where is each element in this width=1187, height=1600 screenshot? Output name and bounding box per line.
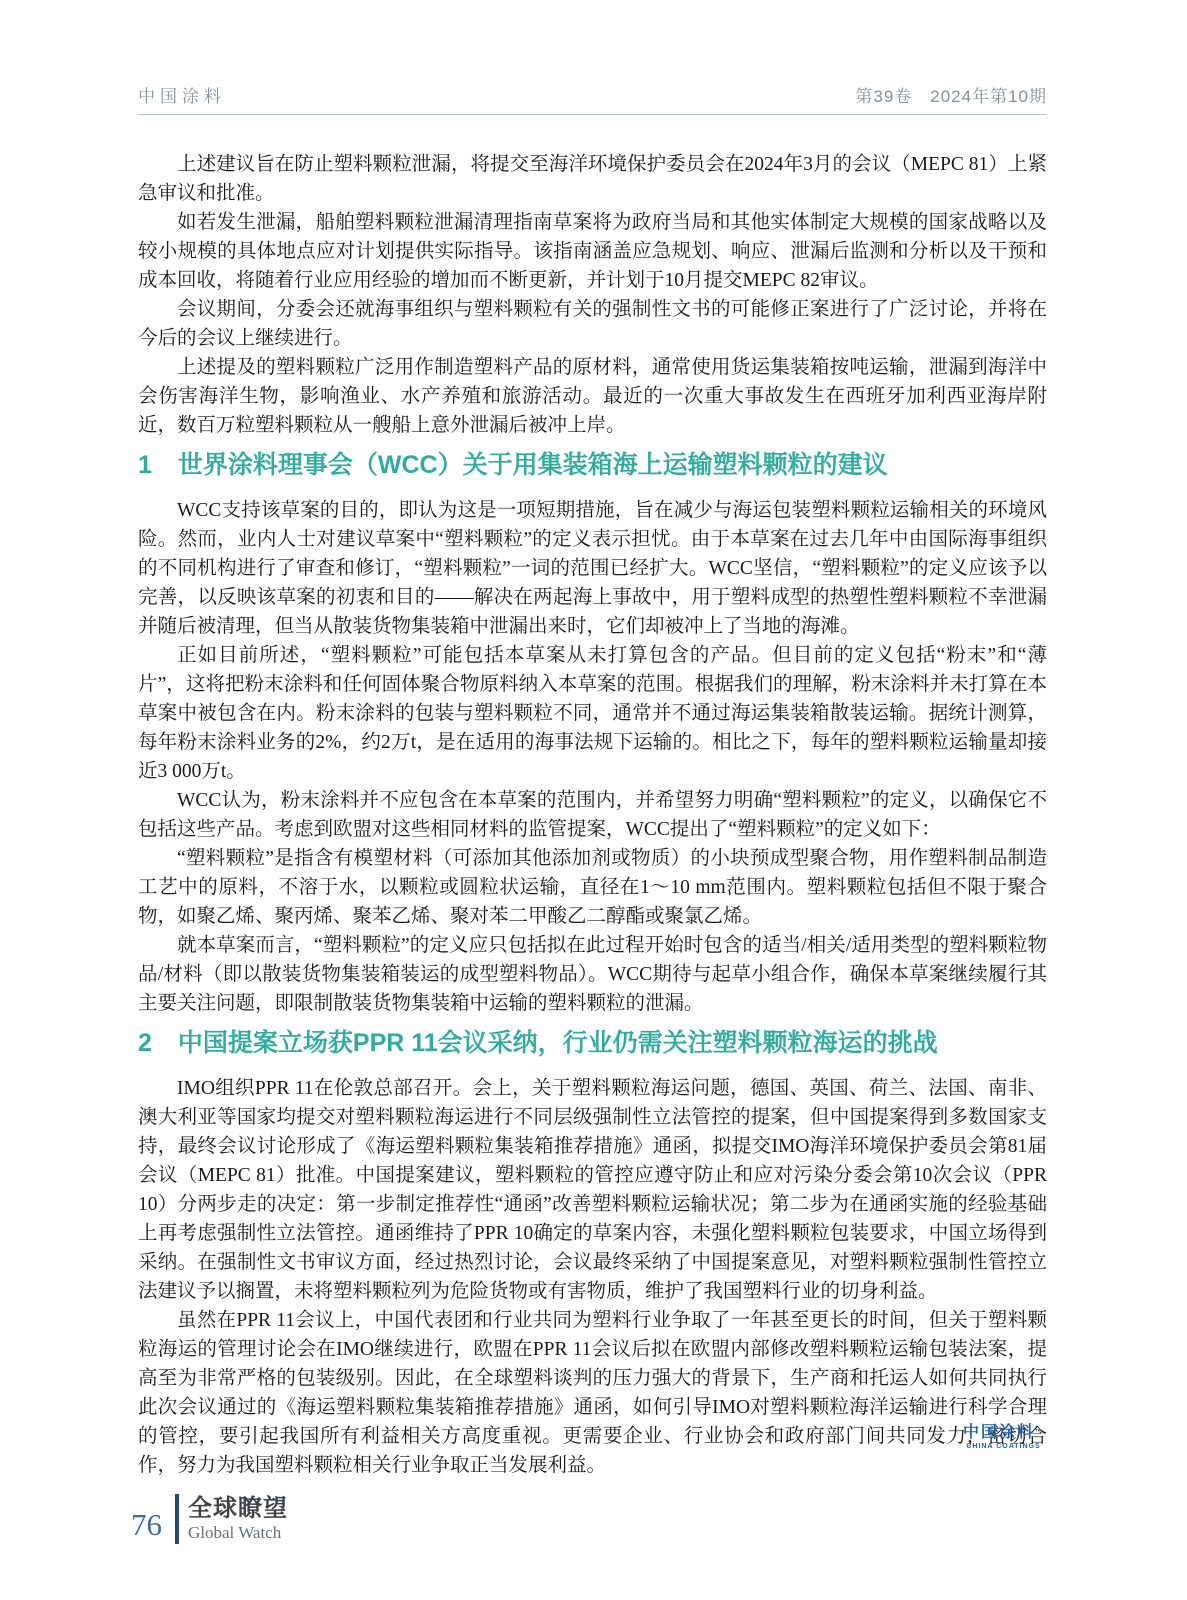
section-2-paragraph: IMO组织PPR 11在伦敦总部召开。会上，关于塑料颗粒海运问题，德国、英国、荷… [138,1074,1047,1306]
footer-divider [175,1494,179,1544]
section-1-paragraph: “塑料颗粒”是指含有模塑材料（可添加其他添加剂或物质）的小块预成型聚合物，用作塑… [138,844,1047,931]
journal-name: 中国涂料 [138,82,226,107]
logo-text-cn: 中国涂料™ [963,1424,1044,1442]
section-1-paragraph: 正如目前所述，“塑料颗粒”可能包括本草案从未打算包含的产品。但目前的定义包括“粉… [138,641,1047,786]
page-footer: 76 全球瞭望 Global Watch [131,1494,288,1544]
logo-text-en: CHINA COATINGS [963,1442,1044,1452]
section-1-paragraph: WCC支持该草案的目的，即认为这是一项短期措施，旨在减少与海运包装塑料颗粒运输相… [138,496,1047,641]
column-title-cn: 全球瞭望 [188,1495,288,1522]
section-heading-1: 1 世界涂料理事会（WCC）关于用集装箱海上运输塑料颗粒的建议 [138,449,1047,482]
intro-paragraph: 上述建议旨在防止塑料颗粒泄漏，将提交至海洋环境保护委员会在2024年3月的会议（… [138,150,1047,208]
section-1-paragraph: 就本草案而言，“塑料颗粒”的定义应只包括拟在此过程开始时包含的适当/相关/适用类… [138,931,1047,1018]
section-title: 中国提案立场获PPR 11会议采纳，行业仍需关注塑料颗粒海运的挑战 [178,1027,938,1060]
journal-page: 中国涂料 第39卷 2024年第10期 上述建议旨在防止塑料颗粒泄漏，将提交至海… [0,0,1187,1600]
section-title: 世界涂料理事会（WCC）关于用集装箱海上运输塑料颗粒的建议 [178,449,888,482]
intro-paragraph: 会议期间，分委会还就海事组织与塑料颗粒有关的强制性文书的可能修正案进行了广泛讨论… [138,295,1047,353]
section-heading-2: 2 中国提案立场获PPR 11会议采纳，行业仍需关注塑料颗粒海运的挑战 [138,1027,1047,1060]
article-body: 上述建议旨在防止塑料颗粒泄漏，将提交至海洋环境保护委员会在2024年3月的会议（… [138,150,1047,1480]
page-number: 76 [131,1499,162,1540]
section-1-paragraph: WCC认为，粉末涂料并不应包含在本草案的范围内，并希望努力明确“塑料颗粒”的定义… [138,786,1047,844]
column-title-en: Global Watch [188,1522,288,1543]
china-coatings-logo: 中国涂料™ CHINA COATINGS [963,1424,1044,1452]
section-number: 2 [138,1027,152,1060]
trademark-symbol: ™ [1035,1429,1044,1436]
column-titles: 全球瞭望 Global Watch [188,1495,288,1543]
running-header: 中国涂料 第39卷 2024年第10期 [138,0,1047,115]
section-2-paragraph: 虽然在PPR 11会议上，中国代表团和行业共同为塑料行业争取了一年甚至更长的时间… [138,1306,1047,1480]
issue-info: 第39卷 2024年第10期 [855,82,1047,107]
intro-paragraph: 上述提及的塑料颗粒广泛用作制造塑料产品的原材料，通常使用货运集装箱按吨运输，泄漏… [138,353,1047,440]
intro-paragraph: 如若发生泄漏，船舶塑料颗粒泄漏清理指南草案将为政府当局和其他实体制定大规模的国家… [138,208,1047,295]
section-number: 1 [138,449,152,482]
